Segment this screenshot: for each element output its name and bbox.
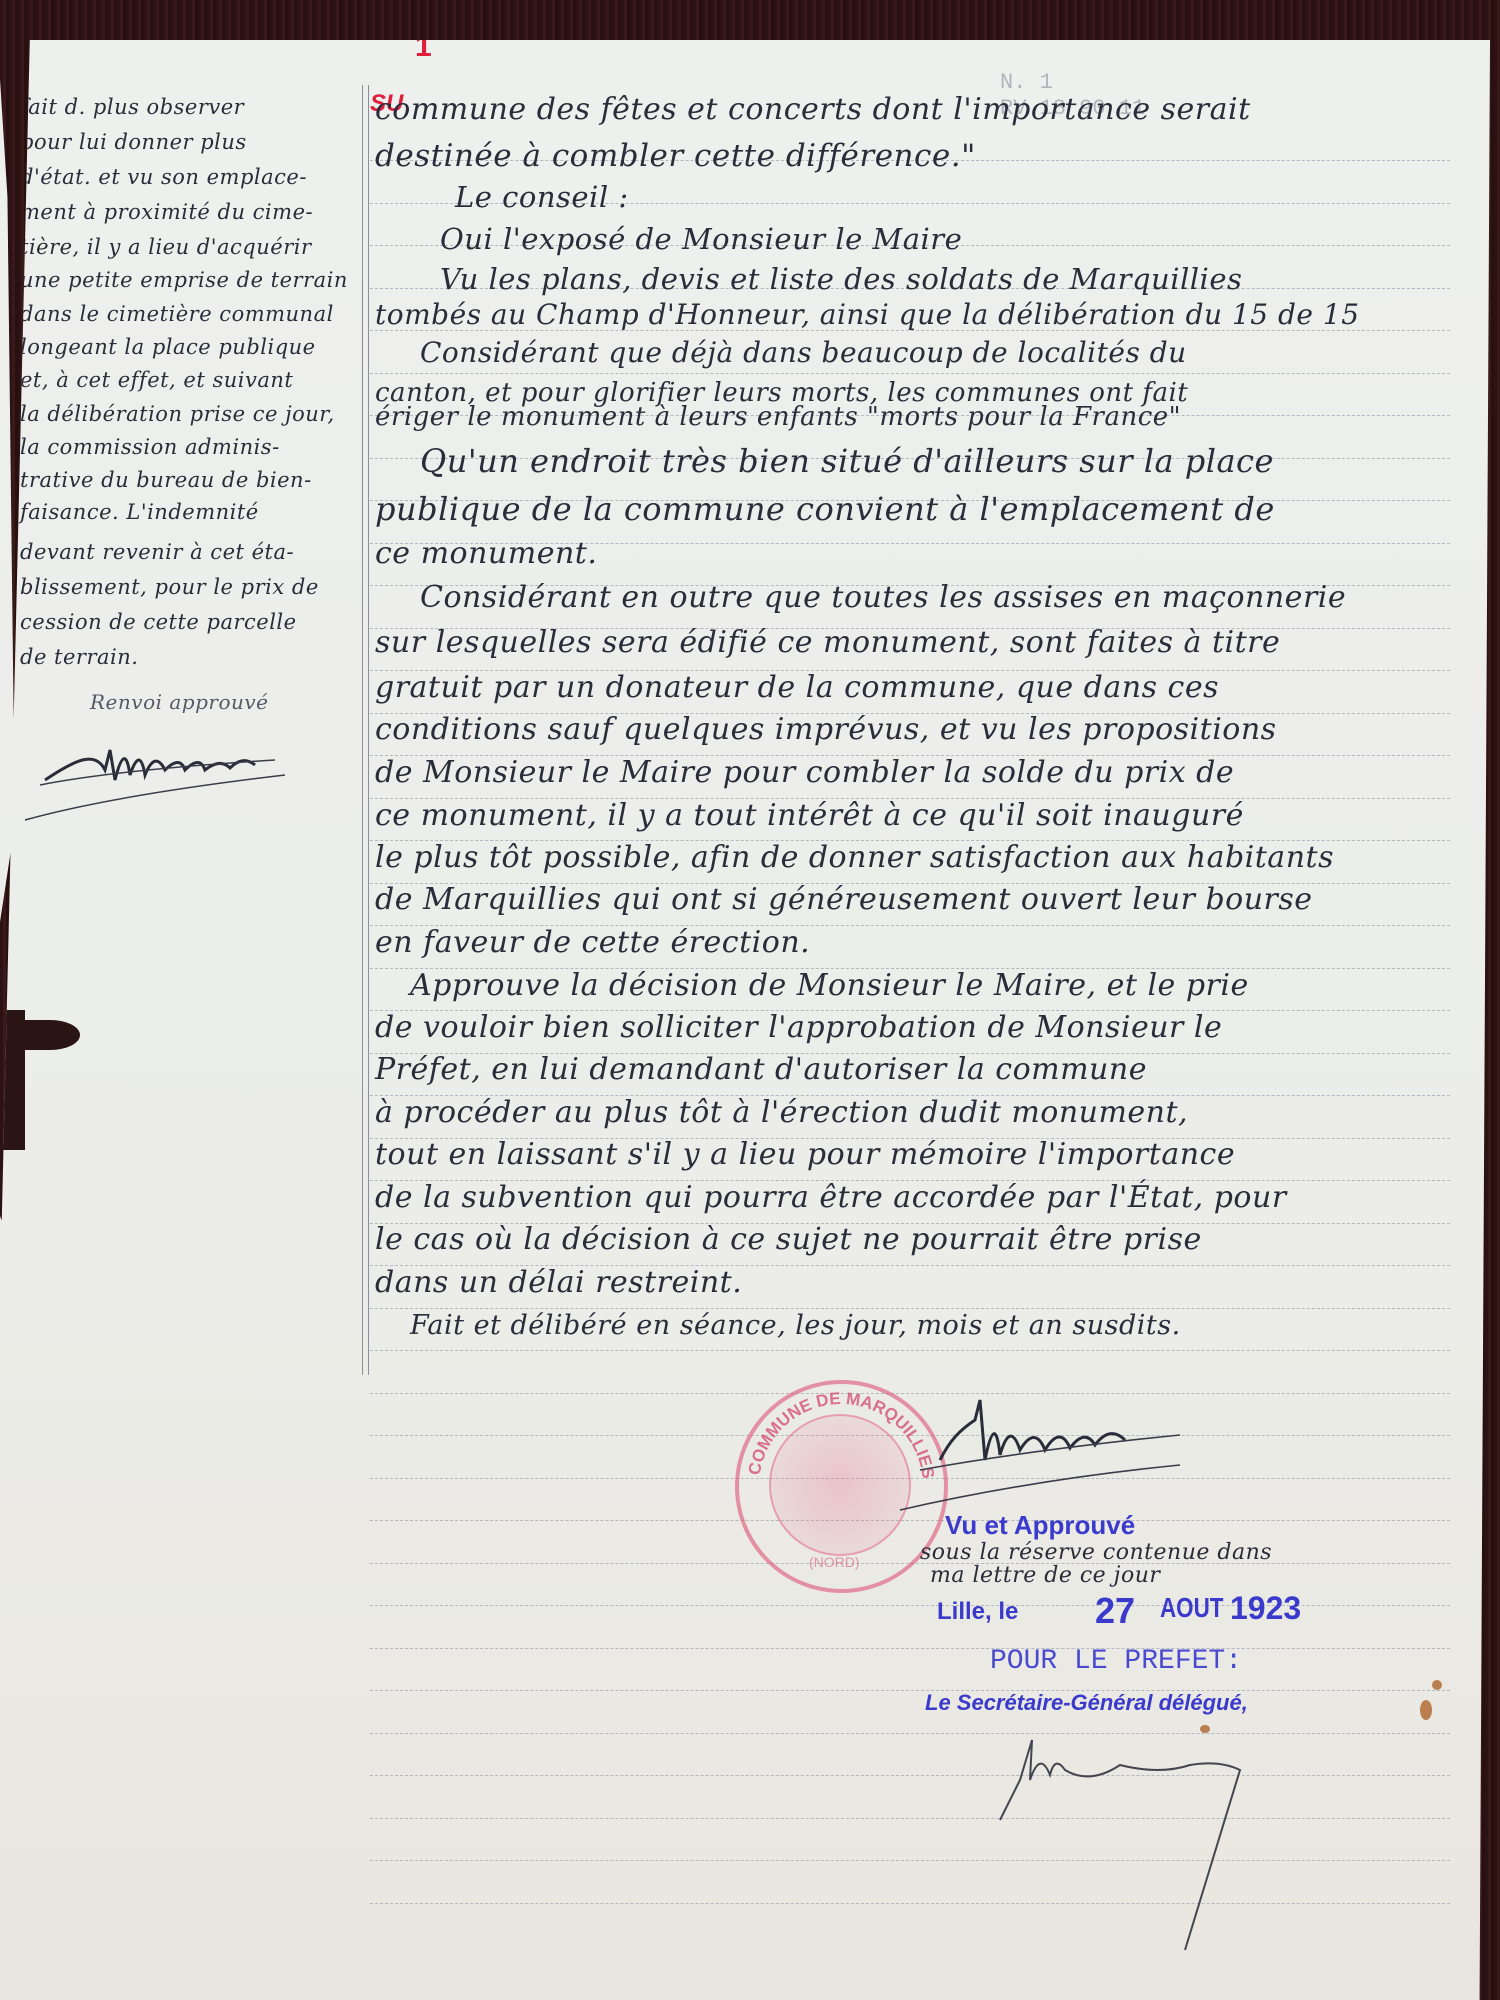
body-line: Préfet, en lui demandant d'autoriser la … bbox=[375, 1052, 1147, 1087]
body-line: de Marquillies qui ont si généreusement … bbox=[375, 882, 1313, 917]
body-line: de vouloir bien solliciter l'approbation… bbox=[375, 1010, 1222, 1045]
seal-subtext: (NORD) bbox=[809, 1554, 860, 1570]
body-line: ce monument, il y a tout intérêt à ce qu… bbox=[375, 798, 1244, 833]
body-line: Fait et délibéré en séance, les jour, mo… bbox=[410, 1310, 1181, 1341]
prefect-signature-icon bbox=[960, 1730, 1340, 1980]
body-line: gratuit par un donateur de la commune, q… bbox=[375, 670, 1219, 705]
margin-line: la délibération prise ce jour, bbox=[20, 402, 335, 426]
approval-place: Lille, le bbox=[937, 1598, 1018, 1626]
rust-stain bbox=[1432, 1680, 1442, 1690]
approval-date-month: AOUT bbox=[1160, 1592, 1223, 1624]
body-line: de la subvention qui pourra être accordé… bbox=[375, 1180, 1287, 1215]
approval-note-1: sous la réserve contenue dans bbox=[920, 1540, 1272, 1565]
body-line: conditions sauf quelques imprévus, et vu… bbox=[375, 712, 1277, 747]
margin-line: blissement, pour le prix de bbox=[20, 575, 319, 599]
ruled-line bbox=[370, 1308, 1450, 1309]
margin-line: de terrain. bbox=[20, 645, 138, 669]
margin-line: une petite emprise de terrain bbox=[20, 268, 348, 292]
rust-stain bbox=[1420, 1700, 1432, 1720]
margin-line: faisance. L'indemnité bbox=[20, 500, 259, 524]
body-line: ce monument. bbox=[375, 536, 597, 571]
margin-line: et, à cet effet, et suivant bbox=[20, 368, 293, 392]
body-line: destinée à combler cette différence." bbox=[375, 138, 976, 174]
ruled-line bbox=[370, 373, 1450, 374]
approval-title: Le Secrétaire-Général délégué, bbox=[925, 1690, 1248, 1716]
margin-line: pour lui donner plus bbox=[20, 130, 247, 154]
ruled-line bbox=[370, 1690, 1450, 1691]
margin-approval: Renvoi approuvé bbox=[90, 690, 269, 714]
body-line: ériger le monument à leurs enfants "mort… bbox=[375, 402, 1181, 432]
margin-line: d'état. et vu son emplace- bbox=[20, 165, 307, 189]
approval-heading: Vu et Approuvé bbox=[945, 1510, 1135, 1541]
torn-edge bbox=[20, 1020, 80, 1050]
margin-line: ment à proximité du cime- bbox=[20, 200, 313, 224]
body-line: Considérant en outre que toutes les assi… bbox=[420, 580, 1346, 615]
body-line: Considérant que déjà dans beaucoup de lo… bbox=[420, 336, 1187, 369]
approval-for-prefect: POUR LE PREFET: bbox=[990, 1646, 1242, 1677]
margin-line: trative du bureau de bien- bbox=[20, 468, 312, 492]
approval-note-2: ma lettre de ce jour bbox=[930, 1563, 1160, 1588]
body-line: en faveur de cette érection. bbox=[375, 925, 810, 960]
body-line: Qu'un endroit très bien situé d'ailleurs… bbox=[420, 442, 1274, 480]
ruled-line bbox=[370, 1648, 1450, 1649]
margin-line: longeant la place publique bbox=[20, 335, 316, 359]
body-line: le cas où la décision à ce sujet ne pour… bbox=[375, 1222, 1202, 1257]
body-line: publique de la commune convient à l'empl… bbox=[375, 490, 1275, 528]
margin-divider bbox=[362, 85, 369, 1375]
margin-line: tière, il y a lieu d'acquérir bbox=[20, 235, 312, 259]
body-line: sur lesquelles sera édifié ce monument, … bbox=[375, 625, 1280, 660]
margin-signature-icon bbox=[15, 720, 295, 830]
body-line: le plus tôt possible, afin de donner sat… bbox=[375, 840, 1334, 875]
rust-stain bbox=[1200, 1725, 1210, 1733]
ruled-line bbox=[370, 1350, 1450, 1351]
body-line: tout en laissant s'il y a lieu pour mémo… bbox=[375, 1137, 1235, 1172]
margin-line: fait d. plus observer bbox=[20, 95, 244, 119]
margin-line: dans le cimetière communal bbox=[20, 302, 334, 326]
body-line: Oui l'exposé de Monsieur le Maire bbox=[440, 222, 962, 256]
body-line: tombés au Champ d'Honneur, ainsi que la … bbox=[375, 298, 1360, 331]
body-line: à procéder au plus tôt à l'érection dudi… bbox=[375, 1095, 1188, 1130]
body-line: Vu les plans, devis et liste des soldats… bbox=[440, 262, 1242, 296]
mayor-signature-icon bbox=[880, 1380, 1240, 1520]
approval-date-day: 27 bbox=[1095, 1590, 1135, 1632]
margin-line: cession de cette parcelle bbox=[20, 610, 297, 634]
body-line: Le conseil : bbox=[455, 180, 629, 214]
margin-line: devant revenir à cet éta- bbox=[20, 540, 294, 564]
approval-date-year: 1923 bbox=[1230, 1590, 1301, 1627]
document-page: N. 1 RV 18 90 11 1 1 SU fait d. plus obs… bbox=[0, 40, 1490, 2000]
margin-line: la commission adminis- bbox=[20, 435, 280, 459]
body-line: dans un délai restreint. bbox=[375, 1265, 742, 1300]
body-line: Approuve la décision de Monsieur le Mair… bbox=[410, 968, 1249, 1003]
body-line: de Monsieur le Maire pour combler la sol… bbox=[375, 755, 1234, 790]
body-line: commune des fêtes et concerts dont l'imp… bbox=[375, 92, 1251, 127]
